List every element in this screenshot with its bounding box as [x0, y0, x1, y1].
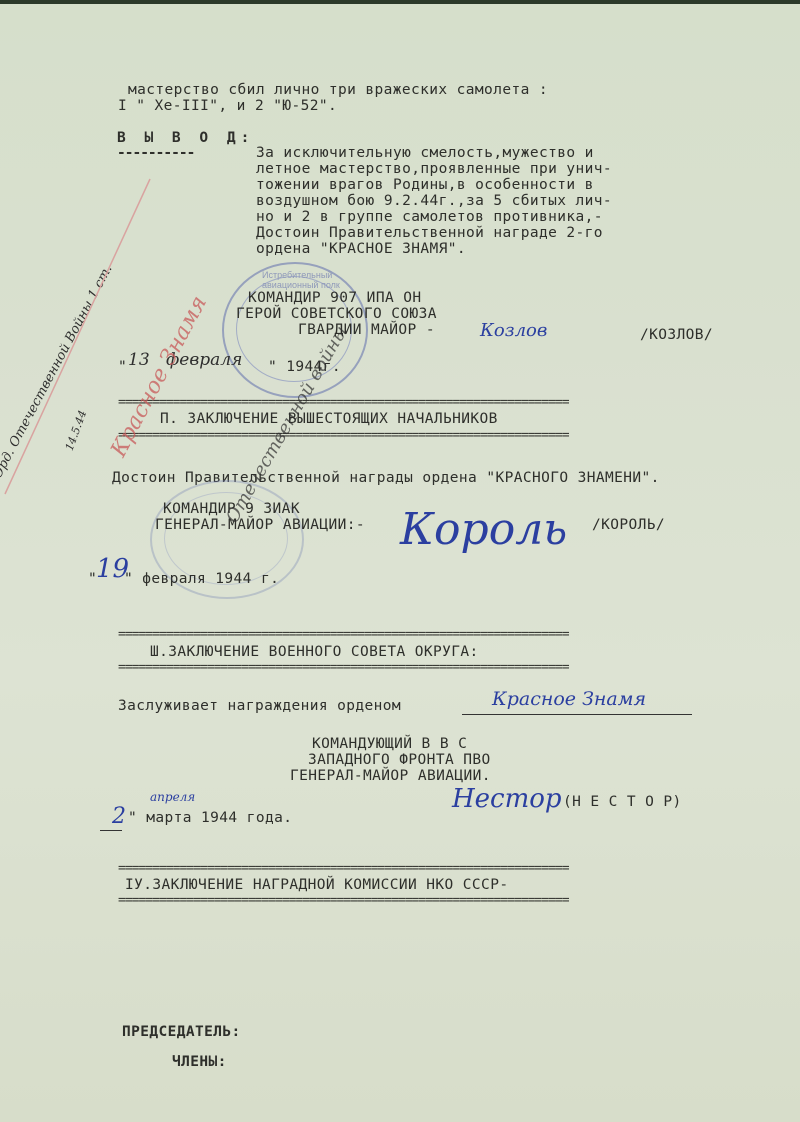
conclusion-line: летное мастерство,проявленные при унич-	[256, 161, 612, 178]
intro-line-2: I " Хе-III", и 2 "Ю-52".	[118, 98, 337, 115]
signer-1-title-line: ГЕРОЙ СОВЕТСКОГО СОЮЗА	[236, 306, 437, 323]
section-3-signer-title: ГЕНЕРАЛ-МАЙОР АВИАЦИИ.	[290, 768, 491, 785]
signer-1-title-line: ГВАРДИИ МАЙОР -	[298, 322, 435, 339]
margin-diagonal-line	[0, 164, 160, 504]
section-3-signature: Нестор	[452, 784, 562, 814]
conclusion-line: Достоин Правительственной награде 2-го	[256, 225, 603, 242]
section-4-heading: IУ.ЗАКЛЮЧЕНИЕ НАГРАДНОЙ КОМИССИИ НКО ССС…	[125, 877, 508, 894]
section-2-date-rest: " февраля 1944 г.	[124, 571, 279, 588]
date-day-line	[100, 830, 122, 831]
conclusion-line: тожении врагов Родины,в особенности в	[256, 177, 594, 194]
section-3-award-value: Красное Знамя	[492, 688, 646, 710]
chairman-label: ПРЕДСЕДАТЕЛЬ:	[122, 1024, 241, 1041]
section-3-signer-title: ЗАПАДНОГО ФРОНТА ПВО	[308, 752, 491, 769]
conclusion-line: но и 2 в группе самолетов противника,-	[256, 209, 603, 226]
section-3-heading: Ш.ЗАКЛЮЧЕНИЕ ВОЕННОГО СОВЕТА ОКРУГА:	[150, 644, 479, 661]
signer-1-signature: Козлов	[480, 320, 547, 341]
section-3-signer-title: КОМАНДУЮЩИЙ В В С	[312, 736, 467, 753]
section-2-signature: Король	[400, 504, 567, 555]
conclusion-dashes: ----------	[117, 145, 194, 162]
divider-rule: ========================================…	[118, 862, 758, 875]
divider-rule: ========================================…	[118, 628, 758, 641]
conclusion-line: воздушном бою 9.2.44г.,за 5 сбитых лич-	[256, 193, 612, 210]
award-field-line	[462, 714, 692, 715]
section-2-signer-title: ГЕНЕРАЛ-МАЙОР АВИАЦИИ:-	[155, 517, 365, 534]
section-3-date-day: 2	[112, 804, 126, 829]
signer-1-name: /КОЗЛОВ/	[640, 327, 713, 344]
section-2-name: /КОРОЛЬ/	[592, 517, 665, 534]
members-label: ЧЛЕНЫ:	[172, 1054, 227, 1071]
conclusion-line: ордена "КРАСНОЕ ЗНАМЯ".	[256, 241, 466, 258]
section-2-heading: П. ЗАКЛЮЧЕНИЕ ВЫШЕСТОЯЩИХ НАЧАЛЬНИКОВ	[160, 411, 498, 428]
intro-line-1: мастерство сбил лично три вражеских само…	[128, 82, 548, 99]
section-3-date-month-hw: апреля	[150, 790, 195, 804]
signer-1-title-line: КОМАНДИР 907 ИПА ОН	[248, 290, 421, 307]
section-3-date-rest: " марта 1944 года.	[128, 810, 292, 827]
divider-rule: ========================================…	[118, 894, 758, 907]
section-3-award-label: Заслуживает награждения орденом	[118, 698, 401, 715]
conclusion-line: За исключительную смелость,мужество и	[256, 145, 594, 162]
divider-rule: ========================================…	[118, 396, 758, 409]
divider-rule: ========================================…	[118, 429, 758, 442]
document-page: мастерство сбил лично три вражеских само…	[0, 4, 800, 1122]
section-3-name: (Н Е С Т О Р)	[563, 794, 682, 811]
divider-rule: ========================================…	[118, 661, 758, 674]
